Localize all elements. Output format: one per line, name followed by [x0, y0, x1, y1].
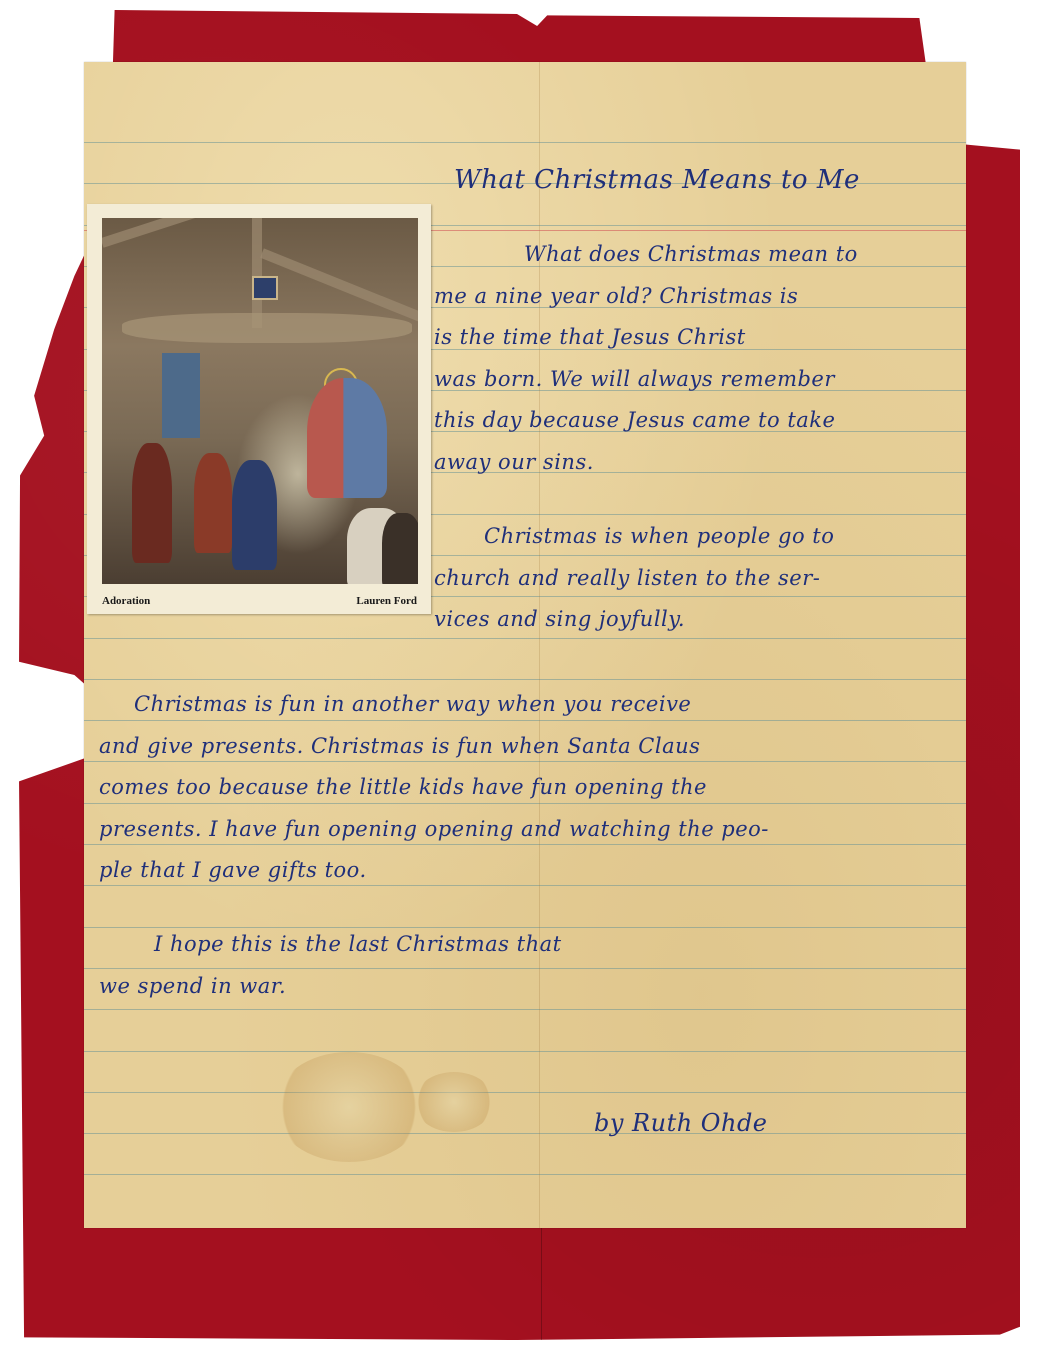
card-artist: Lauren Ford	[356, 595, 417, 607]
handwritten-line: and give presents. Christmas is fun when…	[99, 734, 700, 758]
handwritten-line: away our sins.	[434, 450, 594, 474]
handwritten-line: was born. We will always remember	[434, 367, 835, 391]
letter-sheet: Adoration Lauren Ford What Christmas Mea…	[84, 62, 966, 1228]
mount-crease	[541, 1210, 542, 1340]
paper-fold	[539, 62, 540, 1228]
handwritten-line: ple that I gave gifts too.	[99, 858, 367, 882]
handwritten-line: is the time that Jesus Christ	[434, 325, 746, 349]
signature: by Ruth Ohde	[594, 1109, 768, 1137]
handwritten-line: comes too because the little kids have f…	[99, 775, 707, 799]
adoration-card: Adoration Lauren Ford	[87, 204, 431, 614]
handwritten-line: vices and sing joyfully.	[434, 607, 685, 631]
handwritten-line: me a nine year old? Christmas is	[434, 284, 798, 308]
handwritten-line: What does Christmas mean to	[524, 242, 858, 266]
barn-window	[252, 276, 278, 300]
water-stain	[414, 1072, 494, 1132]
handwritten-line: we spend in war.	[99, 974, 286, 998]
handwritten-line: this day because Jesus came to take	[434, 408, 835, 432]
handwritten-line: I hope this is the last Christmas that	[154, 932, 562, 956]
water-stain	[274, 1052, 424, 1162]
card-title: Adoration	[102, 595, 150, 607]
handwritten-line: Christmas is when people go to	[484, 524, 834, 548]
nativity-painting	[102, 218, 418, 584]
handwritten-line: Christmas is fun in another way when you…	[134, 692, 691, 716]
hanging-banner	[162, 353, 200, 438]
letter-title: What Christmas Means to Me	[454, 165, 860, 195]
mary-figure	[307, 378, 387, 498]
handwritten-line: presents. I have fun opening opening and…	[99, 817, 769, 841]
handwritten-line: church and really listen to the ser-	[434, 566, 820, 590]
